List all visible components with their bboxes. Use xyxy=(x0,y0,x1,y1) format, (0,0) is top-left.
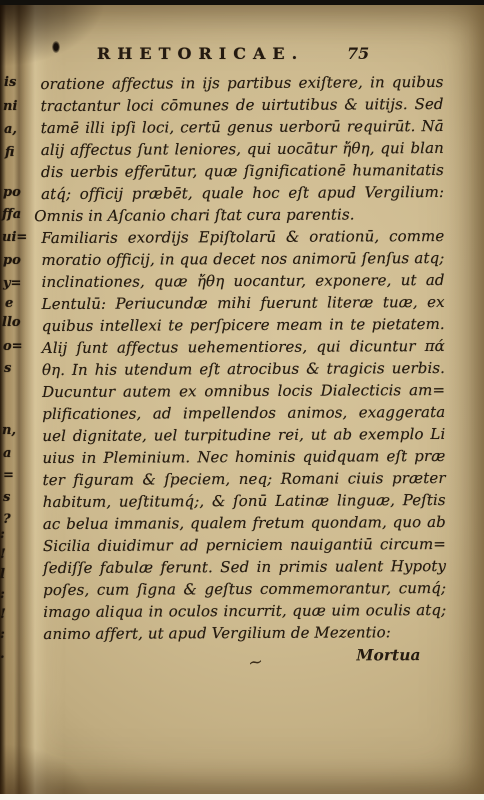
gutter-fragment: ffa xyxy=(2,208,21,221)
catchword-row: Mortua xyxy=(43,645,446,666)
gutter-fragment: : xyxy=(0,628,5,641)
text-line: Familiaris exordijs Epiſtolarū & oration… xyxy=(41,225,444,249)
gutter-fragment: ! xyxy=(0,548,6,561)
gutter-fragment: fi xyxy=(5,146,14,159)
verse-line: Omnis in Aſcanio chari ſtat cura parenti… xyxy=(34,203,444,227)
text-line: Ducuntur autem ex omnibus locis Dialecti… xyxy=(42,379,445,403)
text-line: ter figuram & ſpeciem, neq; Romani ciuis… xyxy=(43,467,446,491)
gutter-fragment: s xyxy=(3,491,10,504)
ink-blot xyxy=(52,41,60,53)
text-line: oratione affectus in ijs partibus exiſte… xyxy=(40,71,443,95)
text-line: θη. In his utendum eſt atrocibus & tragi… xyxy=(42,357,445,381)
gutter-fragment: : xyxy=(0,528,5,541)
text-line: dis uerbis efferūtur, quæ ſignificationē… xyxy=(41,159,444,183)
text-line: imago aliqua in oculos incurrit, quæ uim… xyxy=(43,599,446,623)
body-text-block: oratione affectus in ijs partibus exiſte… xyxy=(40,71,446,666)
gutter-fragment: n, xyxy=(2,424,16,437)
gutter-fragment: e xyxy=(5,297,13,310)
gutter-fragment: o= xyxy=(3,340,23,353)
gutter-fragment: a, xyxy=(4,123,17,136)
text-line: animo affert, ut apud Vergilium de Mezen… xyxy=(43,621,446,645)
book-page-scan: RHETORICAE. 75 oratione affectus in ijs … xyxy=(0,0,484,800)
scan-bottom-border xyxy=(0,794,484,800)
text-line: habitum, ueſtitumq́;, & ſonū Latinæ ling… xyxy=(43,489,446,513)
gutter-fragment: po xyxy=(3,186,21,199)
text-line: tamē illi ipſi loci, certū genus uerborū… xyxy=(41,115,444,139)
pen-squiggle-mark: ∼ xyxy=(247,651,265,674)
gutter-fragment: a xyxy=(3,447,11,460)
gutter-fragment: = xyxy=(3,469,14,482)
gutter-fragment: . xyxy=(0,648,5,661)
text-line: Lentulū: Periucundæ mihi fuerunt literæ … xyxy=(42,291,445,315)
text-line: moratio officij, in qua decet nos animor… xyxy=(41,247,444,271)
gutter-fragment: l xyxy=(0,568,5,581)
text-line: alij affectus ſunt leniores, qui uocātur… xyxy=(41,137,444,161)
catchword: Mortua xyxy=(356,645,420,664)
text-line: ſediſſe fabulæ ferunt. Sed in primis ual… xyxy=(43,555,446,579)
gutter-fragment: llo xyxy=(2,316,21,329)
text-line: quibus intellexi te perſpicere meam in t… xyxy=(42,313,445,337)
text-line: uius in Pleminium. Nec hominis quidquam … xyxy=(42,445,445,469)
text-line: uel dignitate, uel turpitudine rei, ut a… xyxy=(42,423,445,447)
running-head: RHETORICAE. xyxy=(97,44,304,63)
text-line: atq́; officij præbēt, quale hoc eſt apud… xyxy=(41,181,444,205)
gutter-fragment: ? xyxy=(3,513,11,526)
gutter-fragment: is xyxy=(4,76,16,89)
page-number: 75 xyxy=(347,44,369,63)
gutter-fragment: s xyxy=(4,362,11,375)
gutter-fragment: ni xyxy=(3,100,17,113)
text-line: Sicilia diuidimur ad perniciem nauiganti… xyxy=(43,533,446,557)
text-line: inclinationes, quæ ἤθη uocantur, exponer… xyxy=(41,269,444,293)
gutter-fragment: : xyxy=(0,588,5,601)
text-line: poſes, cum ſigna & geſtus commemorantur,… xyxy=(43,577,446,601)
gutter-fragment: po xyxy=(3,254,21,267)
gutter-fragment: ! xyxy=(0,608,6,621)
gutter-fragment: y= xyxy=(3,277,21,290)
scan-top-border xyxy=(0,0,484,5)
text-line: tractantur loci cōmunes de uirtutibus & … xyxy=(41,93,444,117)
text-line: plificationes, ad impellendos animos, ex… xyxy=(42,401,445,425)
gutter-fragment: ui= xyxy=(2,231,27,244)
text-line: ac belua immanis, qualem fretum quondam,… xyxy=(43,511,446,535)
text-line: Alij ſunt affectus uehementiores, qui di… xyxy=(42,335,445,359)
